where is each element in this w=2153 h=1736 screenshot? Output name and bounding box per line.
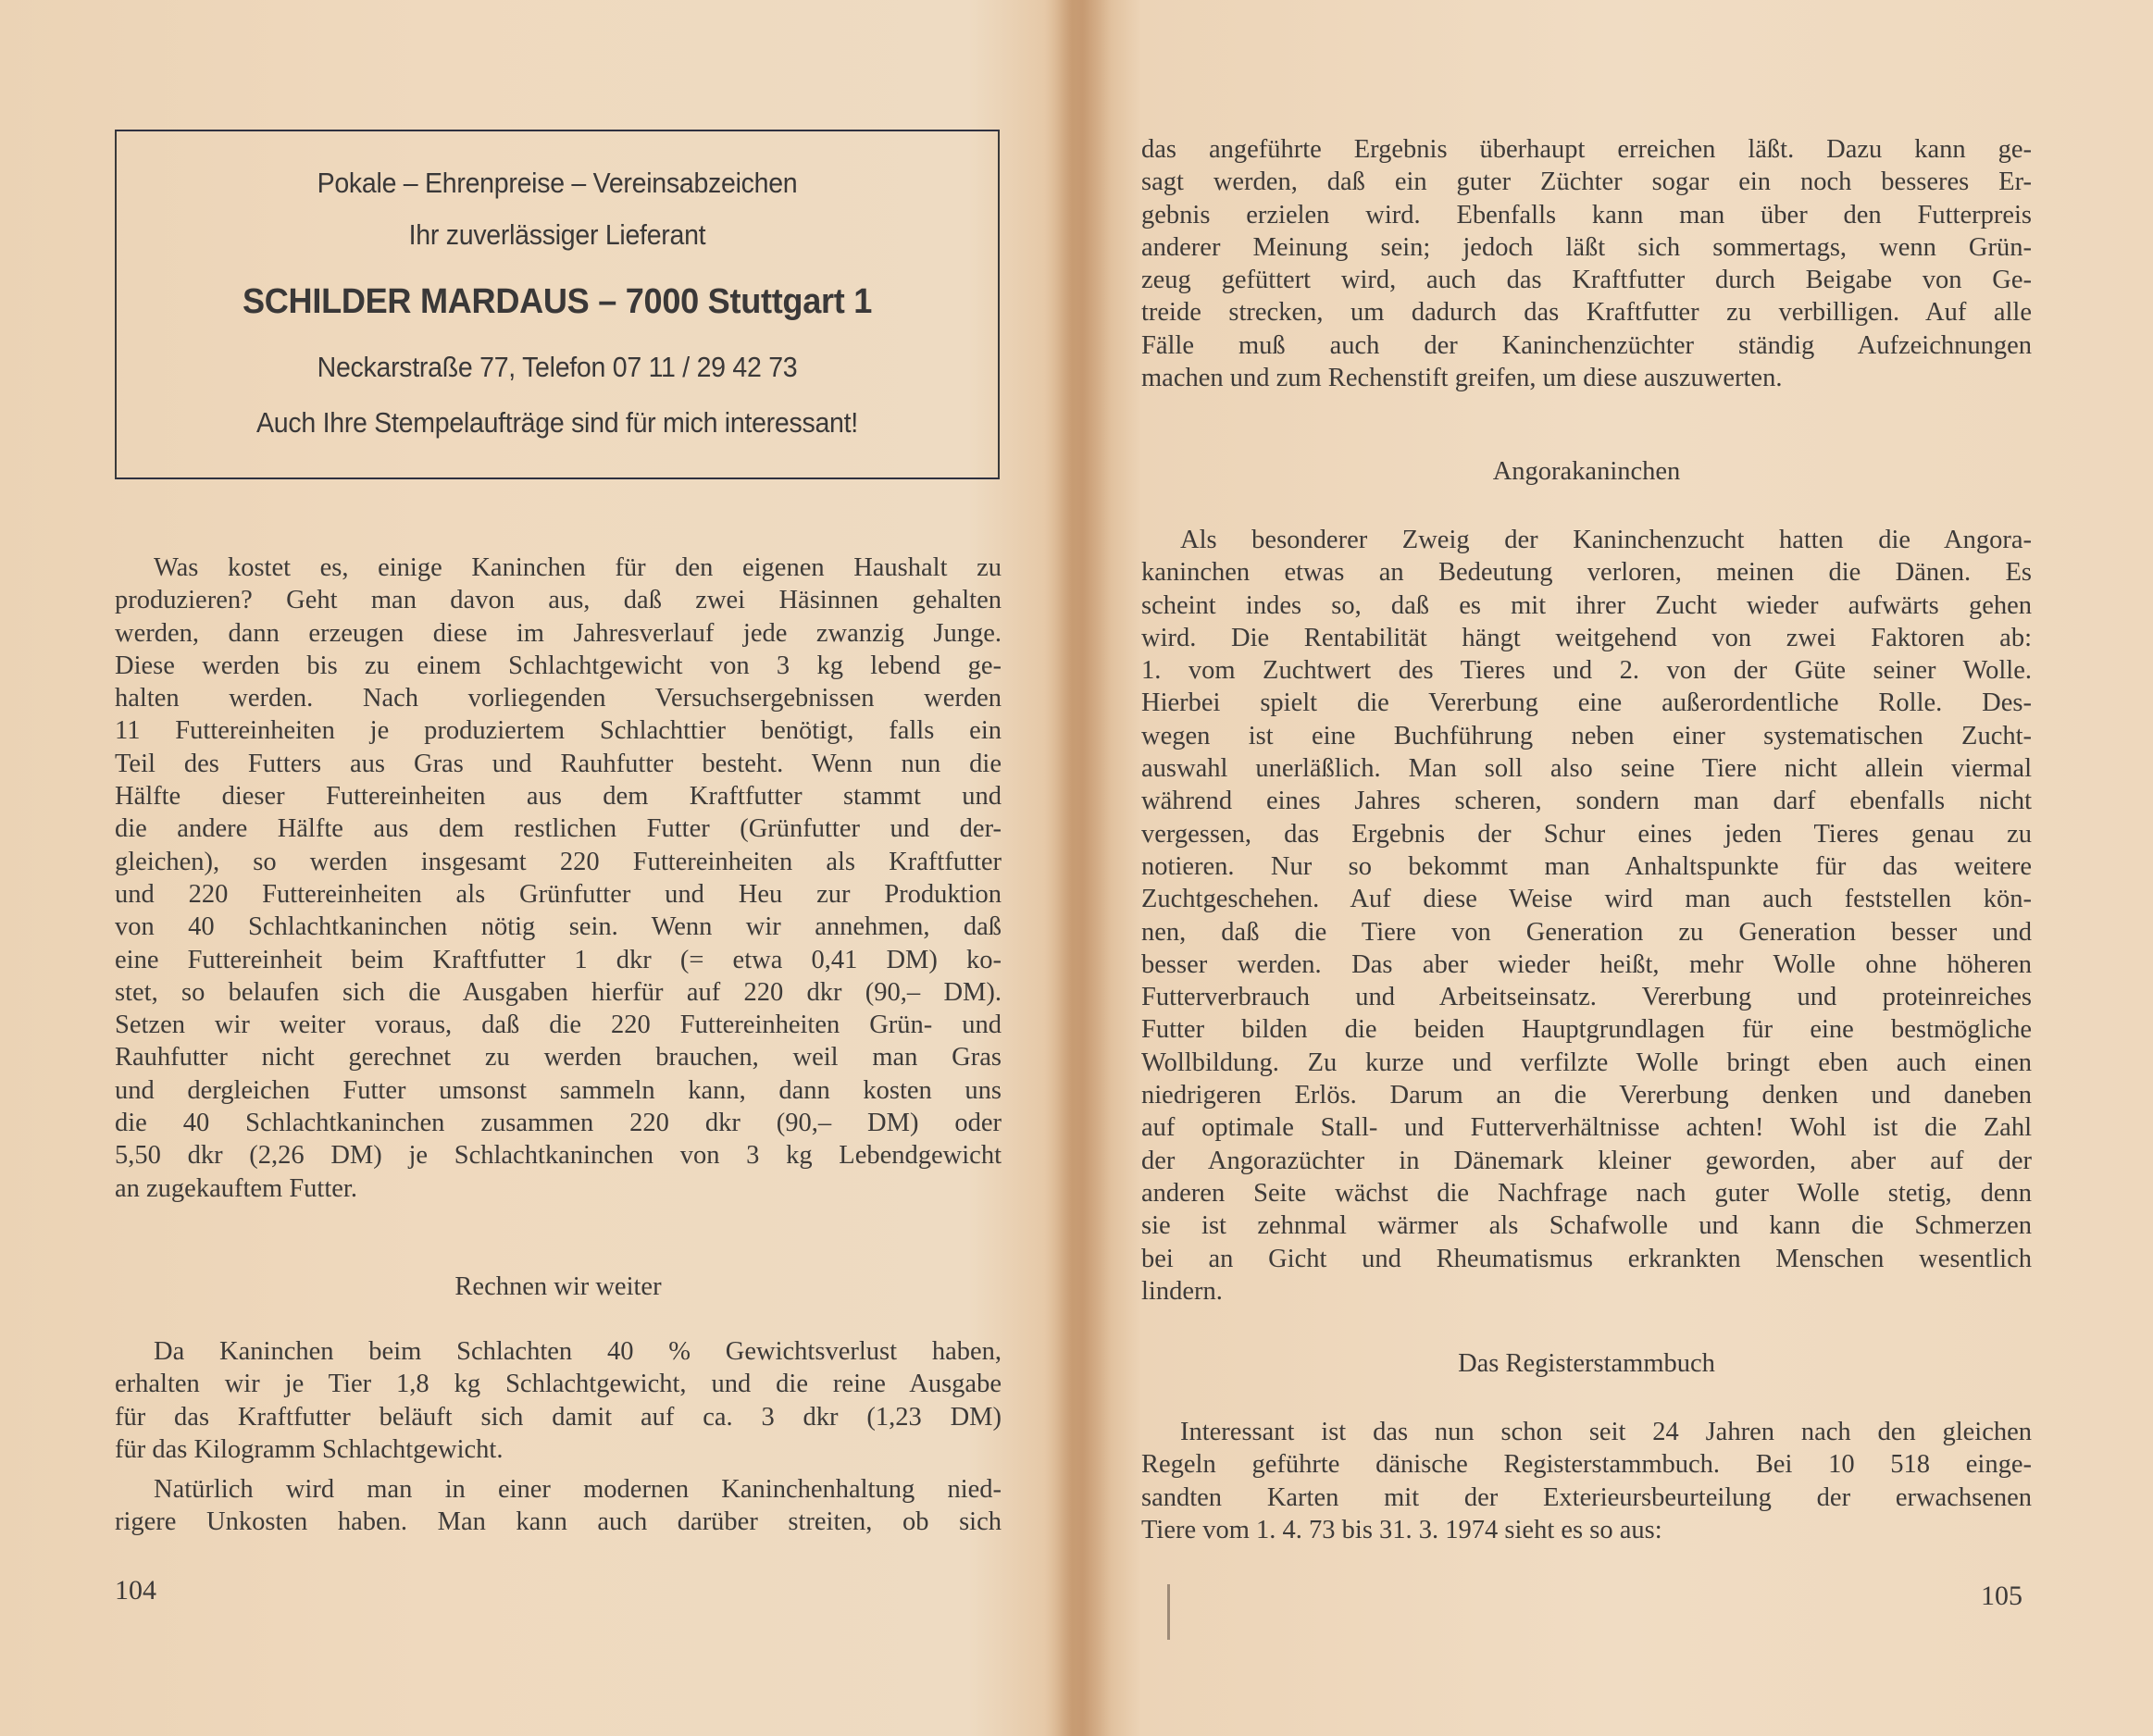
text-line: notieren. Nur so bekommt man Anhaltspunk… — [1141, 850, 2032, 883]
text-line: wird. Die Rentabilität hängt weitgehend … — [1141, 622, 2032, 654]
text-line: das angeführte Ergebnis überhaupt erreic… — [1141, 133, 2032, 166]
text-line: Tiere vom 1. 4. 73 bis 31. 3. 1974 sieht… — [1141, 1514, 2032, 1546]
text-line: wegen ist eine Buchführung neben einer s… — [1141, 720, 2032, 752]
right-paragraph-1: das angeführte Ergebnis überhaupt erreic… — [1141, 133, 2032, 394]
page-number-left: 104 — [115, 1575, 156, 1606]
text-line: Regeln geführte dänische Registerstammbu… — [1141, 1448, 2032, 1481]
text-line: Hälfte dieser Futtereinheiten aus dem Kr… — [115, 780, 1002, 812]
text-line: anderer Meinung sein; jedoch läßt sich s… — [1141, 231, 2032, 264]
text-line: auswahl unerläßlich. Man soll also seine… — [1141, 752, 2032, 785]
text-line: scheint indes so, daß es mit ihrer Zucht… — [1141, 589, 2032, 622]
text-line: für das Kraftfutter beläuft sich damit a… — [115, 1401, 1002, 1433]
ad-products: Pokale – Ehrenpreise – Vereinsabzeichen — [152, 167, 963, 200]
text-line: Teil des Futters aus Gras und Rauhfutter… — [115, 748, 1002, 780]
pencil-mark — [1167, 1584, 1170, 1640]
text-line: bei an Gicht und Rheumatismus erkrankten… — [1141, 1243, 2032, 1275]
left-page: Pokale – Ehrenpreise – Vereinsabzeichen … — [0, 0, 1076, 1736]
ad-tagline: Auch Ihre Stempelaufträge sind für mich … — [152, 406, 963, 440]
section-heading-registerstammbuch: Das Registerstammbuch — [1141, 1349, 2032, 1379]
text-line: Setzen wir weiter voraus, daß die 220 Fu… — [115, 1009, 1002, 1041]
text-line: vergessen, das Ergebnis der Schur eines … — [1141, 818, 2032, 850]
text-line: Futterverbrauch und Arbeitseinsatz. Vere… — [1141, 981, 2032, 1013]
ad-supplier: Ihr zuverlässiger Lieferant — [152, 218, 963, 252]
text-line: treide strecken, um dadurch das Kraftfut… — [1141, 296, 2032, 329]
section-heading-angorakaninchen: Angorakaninchen — [1141, 457, 2032, 487]
ad-company: SCHILDER MARDAUS – 7000 Stuttgart 1 — [139, 282, 976, 322]
text-line: und 220 Futtereinheiten als Grünfutter u… — [115, 878, 1002, 911]
text-line: Natürlich wird man in einer modernen Kan… — [115, 1473, 1002, 1506]
text-line: Fälle muß auch der Kaninchenzüchter stän… — [1141, 329, 2032, 362]
text-line: eine Futtereinheit beim Kraftfutter 1 dk… — [115, 944, 1002, 976]
text-line: für das Kilogramm Schlachtgewicht. — [115, 1433, 1002, 1466]
text-line: auf optimale Stall- und Futterverhältnis… — [1141, 1111, 2032, 1144]
text-line: Diese werden bis zu einem Schlachtgewich… — [115, 650, 1002, 682]
text-line: an zugekauftem Futter. — [115, 1172, 1002, 1205]
section-heading-rechnen: Rechnen wir weiter — [115, 1272, 1002, 1302]
advertisement-box: Pokale – Ehrenpreise – Vereinsabzeichen … — [115, 130, 1000, 479]
text-line: anderen Seite wächst die Nachfrage nach … — [1141, 1177, 2032, 1209]
text-line: rigere Unkosten haben. Man kann auch dar… — [115, 1506, 1002, 1538]
text-line: stet, so belaufen sich die Ausgaben hier… — [115, 976, 1002, 1009]
page-number-right: 105 — [1981, 1581, 2022, 1612]
text-line: und dergleichen Futter umsonst sammeln k… — [115, 1074, 1002, 1107]
text-line: gebnis erzielen wird. Ebenfalls kann man… — [1141, 199, 2032, 231]
text-line: kaninchen etwas an Bedeutung verloren, m… — [1141, 556, 2032, 589]
text-line: Interessant ist das nun schon seit 24 Ja… — [1141, 1416, 2032, 1448]
text-line: halten werden. Nach vorliegenden Versuch… — [115, 682, 1002, 714]
text-line: niedrigeren Erlös. Darum an die Vererbun… — [1141, 1079, 2032, 1111]
text-line: sandten Karten mit der Exterieursbeurtei… — [1141, 1482, 2032, 1514]
text-line: Als besonderer Zweig der Kaninchenzucht … — [1141, 524, 2032, 556]
text-line: sagt werden, daß ein guter Züchter sogar… — [1141, 166, 2032, 198]
text-line: Wollbildung. Zu kurze und verfilzte Woll… — [1141, 1047, 2032, 1079]
right-paragraph-2: Als besonderer Zweig der Kaninchenzucht … — [1141, 524, 2032, 1308]
text-line: gleichen), so werden insgesamt 220 Futte… — [115, 846, 1002, 878]
left-paragraph-1: Was kostet es, einige Kaninchen für den … — [115, 552, 1002, 1205]
text-line: die 40 Schlachtkaninchen zusammen 220 dk… — [115, 1107, 1002, 1139]
left-paragraph-3: Natürlich wird man in einer modernen Kan… — [115, 1473, 1002, 1539]
ad-address: Neckarstraße 77, Telefon 07 11 / 29 42 7… — [152, 351, 963, 384]
text-line: Futter bilden die beiden Hauptgrundlagen… — [1141, 1013, 2032, 1046]
text-line: nen, daß die Tiere von Generation zu Gen… — [1141, 916, 2032, 949]
text-line: während eines Jahres scheren, sondern ma… — [1141, 785, 2032, 817]
text-line: besser werden. Das aber wieder heißt, me… — [1141, 949, 2032, 981]
text-line: Da Kaninchen beim Schlachten 40 % Gewich… — [115, 1335, 1002, 1368]
text-line: machen und zum Rechenstift greifen, um d… — [1141, 362, 2032, 394]
text-line: Zuchtgeschehen. Auf diese Weise wird man… — [1141, 883, 2032, 915]
text-line: Was kostet es, einige Kaninchen für den … — [115, 552, 1002, 584]
text-line: lindern. — [1141, 1275, 2032, 1308]
text-line: 5,50 dkr (2,26 DM) je Schlachtkaninchen … — [115, 1139, 1002, 1172]
text-line: 1. vom Zuchtwert des Tieres und 2. von d… — [1141, 654, 2032, 687]
text-line: Rauhfutter nicht gerechnet zu werden bra… — [115, 1041, 1002, 1073]
left-paragraph-2: Da Kaninchen beim Schlachten 40 % Gewich… — [115, 1335, 1002, 1466]
text-line: sie ist zehnmal wärmer als Schafwolle un… — [1141, 1209, 2032, 1242]
text-line: von 40 Schlachtkaninchen nötig sein. Wen… — [115, 911, 1002, 943]
text-line: werden, dann erzeugen diese im Jahresver… — [115, 617, 1002, 650]
text-line: produzieren? Geht man davon aus, daß zwe… — [115, 584, 1002, 616]
right-paragraph-3: Interessant ist das nun schon seit 24 Ja… — [1141, 1416, 2032, 1546]
text-line: die andere Hälfte aus dem restlichen Fut… — [115, 812, 1002, 845]
text-line: Hierbei spielt die Vererbung eine außero… — [1141, 687, 2032, 719]
text-line: 11 Futtereinheiten je produziertem Schla… — [115, 714, 1002, 747]
text-line: der Angorazüchter in Dänemark kleiner ge… — [1141, 1145, 2032, 1177]
text-line: zeug gefüttert wird, auch das Kraftfutte… — [1141, 264, 2032, 296]
text-line: erhalten wir je Tier 1,8 kg Schlachtgewi… — [115, 1368, 1002, 1400]
